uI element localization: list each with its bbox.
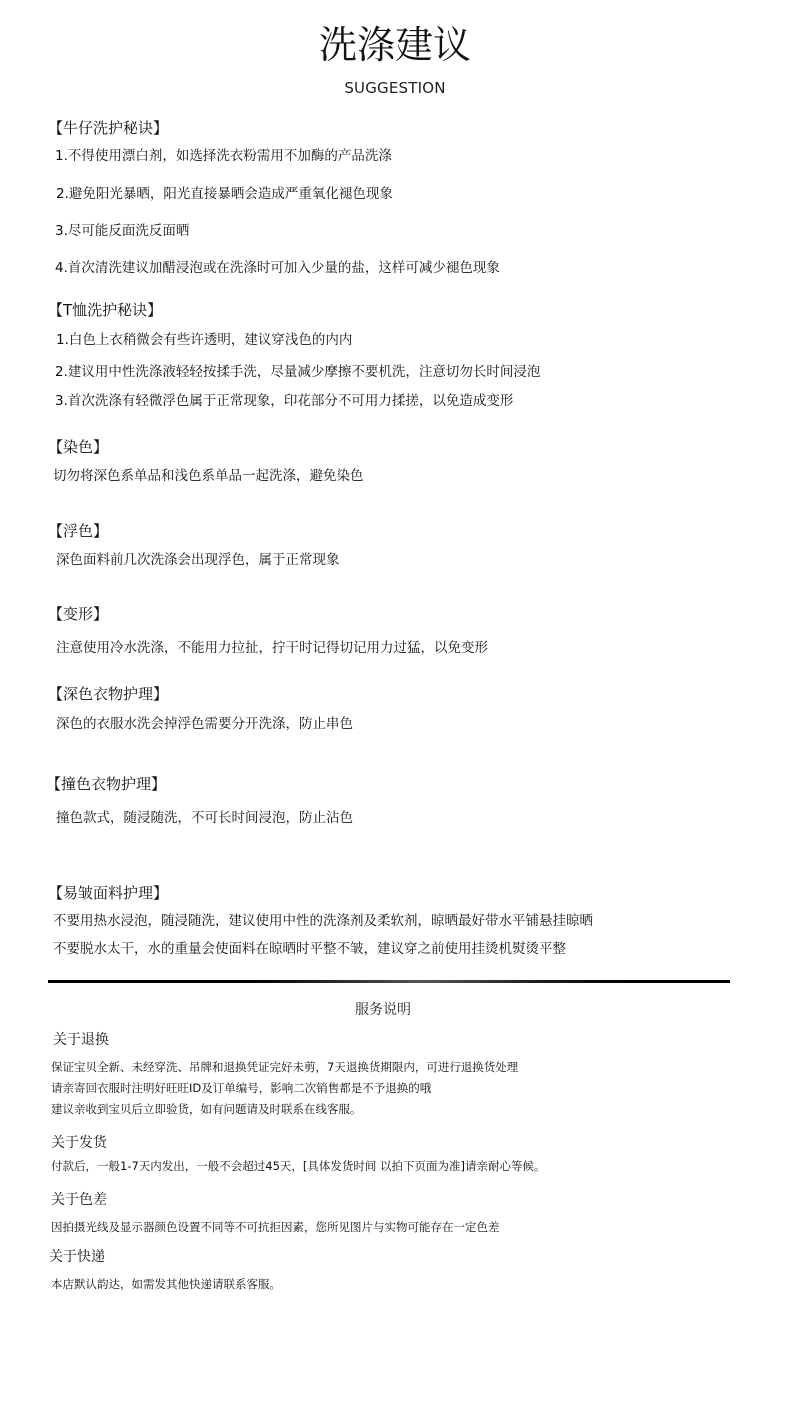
section-heading-tshirt: 【T恤洗护秘诀】: [48, 300, 162, 320]
dark-clothing-tip: 深色的衣服水洗会掉浮色需要分开洗涤，防止串色: [56, 715, 353, 733]
tshirt-tip-2: 2.建议用中性洗涤液轻轻按揉手洗，尽量减少摩擦不要机洗，注意切勿长时间浸泡: [55, 363, 540, 381]
service-heading-returns: 关于退换: [53, 1031, 109, 1049]
section-divider: [48, 980, 730, 983]
service-heading-shipping: 关于发货: [51, 1134, 107, 1152]
wrinkle-fabric-tip-2: 不要脱水太干，水的重量会使面料在晾晒时平整不皱，建议穿之前使用挂烫机熨烫平整: [53, 940, 566, 958]
section-heading-wrinkle-fabric: 【易皱面料护理】: [48, 883, 168, 903]
denim-tip-3: 3.尽可能反面洗反面晒: [55, 222, 189, 240]
page-title: 洗涤建议: [0, 20, 790, 70]
tshirt-tip-3: 3.首次洗涤有轻微浮色属于正常现象，印花部分不可用力揉搓，以免造成变形: [55, 392, 513, 410]
floating-color-tip: 深色面料前几次洗涤会出现浮色，属于正常现象: [56, 551, 340, 569]
denim-tip-2: 2.避免阳光暴晒，阳光直接暴晒会造成严重氧化褪色现象: [56, 185, 393, 203]
color-difference-line-1: 因拍摄光线及显示器颜色设置不同等不可抗拒因素，您所见图片与实物可能存在一定色差: [51, 1219, 500, 1235]
deformation-tip: 注意使用冷水洗涤，不能用力拉扯，拧干时记得切记用力过猛，以免变形: [56, 639, 488, 657]
section-heading-floating-color: 【浮色】: [48, 521, 108, 541]
shipping-line-1: 付款后，一般1-7天内发出，一般不会超过45天，[具体发货时间 以拍下页面为准]…: [51, 1158, 546, 1174]
tshirt-tip-1: 1.白色上衣稍微会有些许透明，建议穿浅色的内内: [56, 331, 352, 349]
contrast-color-tip: 撞色款式，随浸随洗，不可长时间浸泡，防止沾色: [56, 809, 353, 827]
page-subtitle: SUGGESTION: [0, 78, 790, 98]
dyeing-tip: 切勿将深色系单品和浅色系单品一起洗涤，避免染色: [53, 467, 364, 485]
returns-line-1: 保证宝贝全新、未经穿洗、吊牌和退换凭证完好未剪，7天退换货期限内，可进行退换货处…: [51, 1059, 518, 1075]
section-heading-deformation: 【变形】: [48, 604, 108, 624]
section-heading-denim: 【牛仔洗护秘诀】: [48, 118, 168, 138]
section-heading-contrast-color: 【撞色衣物护理】: [46, 774, 166, 794]
wrinkle-fabric-tip-1: 不要用热水浸泡，随浸随洗，建议使用中性的洗涤剂及柔软剂，晾晒最好带水平铺悬挂晾晒: [53, 912, 593, 930]
section-heading-dyeing: 【染色】: [48, 437, 108, 457]
courier-line-1: 本店默认韵达，如需发其他快递请联系客服。: [51, 1276, 281, 1292]
returns-line-3: 建议亲收到宝贝后立即验货，如有问题请及时联系在线客服。: [51, 1101, 362, 1117]
denim-tip-4: 4.首次清洗建议加醋浸泡或在洗涤时可加入少量的盐，这样可减少褪色现象: [55, 259, 500, 277]
section-heading-dark-clothing: 【深色衣物护理】: [48, 684, 168, 704]
denim-tip-1: 1.不得使用漂白剂，如选择洗衣粉需用不加酶的产品洗涤: [55, 147, 392, 165]
service-heading-color-difference: 关于色差: [51, 1191, 107, 1209]
service-title: 服务说明: [0, 1001, 766, 1019]
service-heading-courier: 关于快递: [49, 1248, 105, 1266]
returns-line-2: 请亲寄回衣服时注明好旺旺ID及订单编号，影响二次销售都是不予退换的哦: [51, 1080, 431, 1096]
